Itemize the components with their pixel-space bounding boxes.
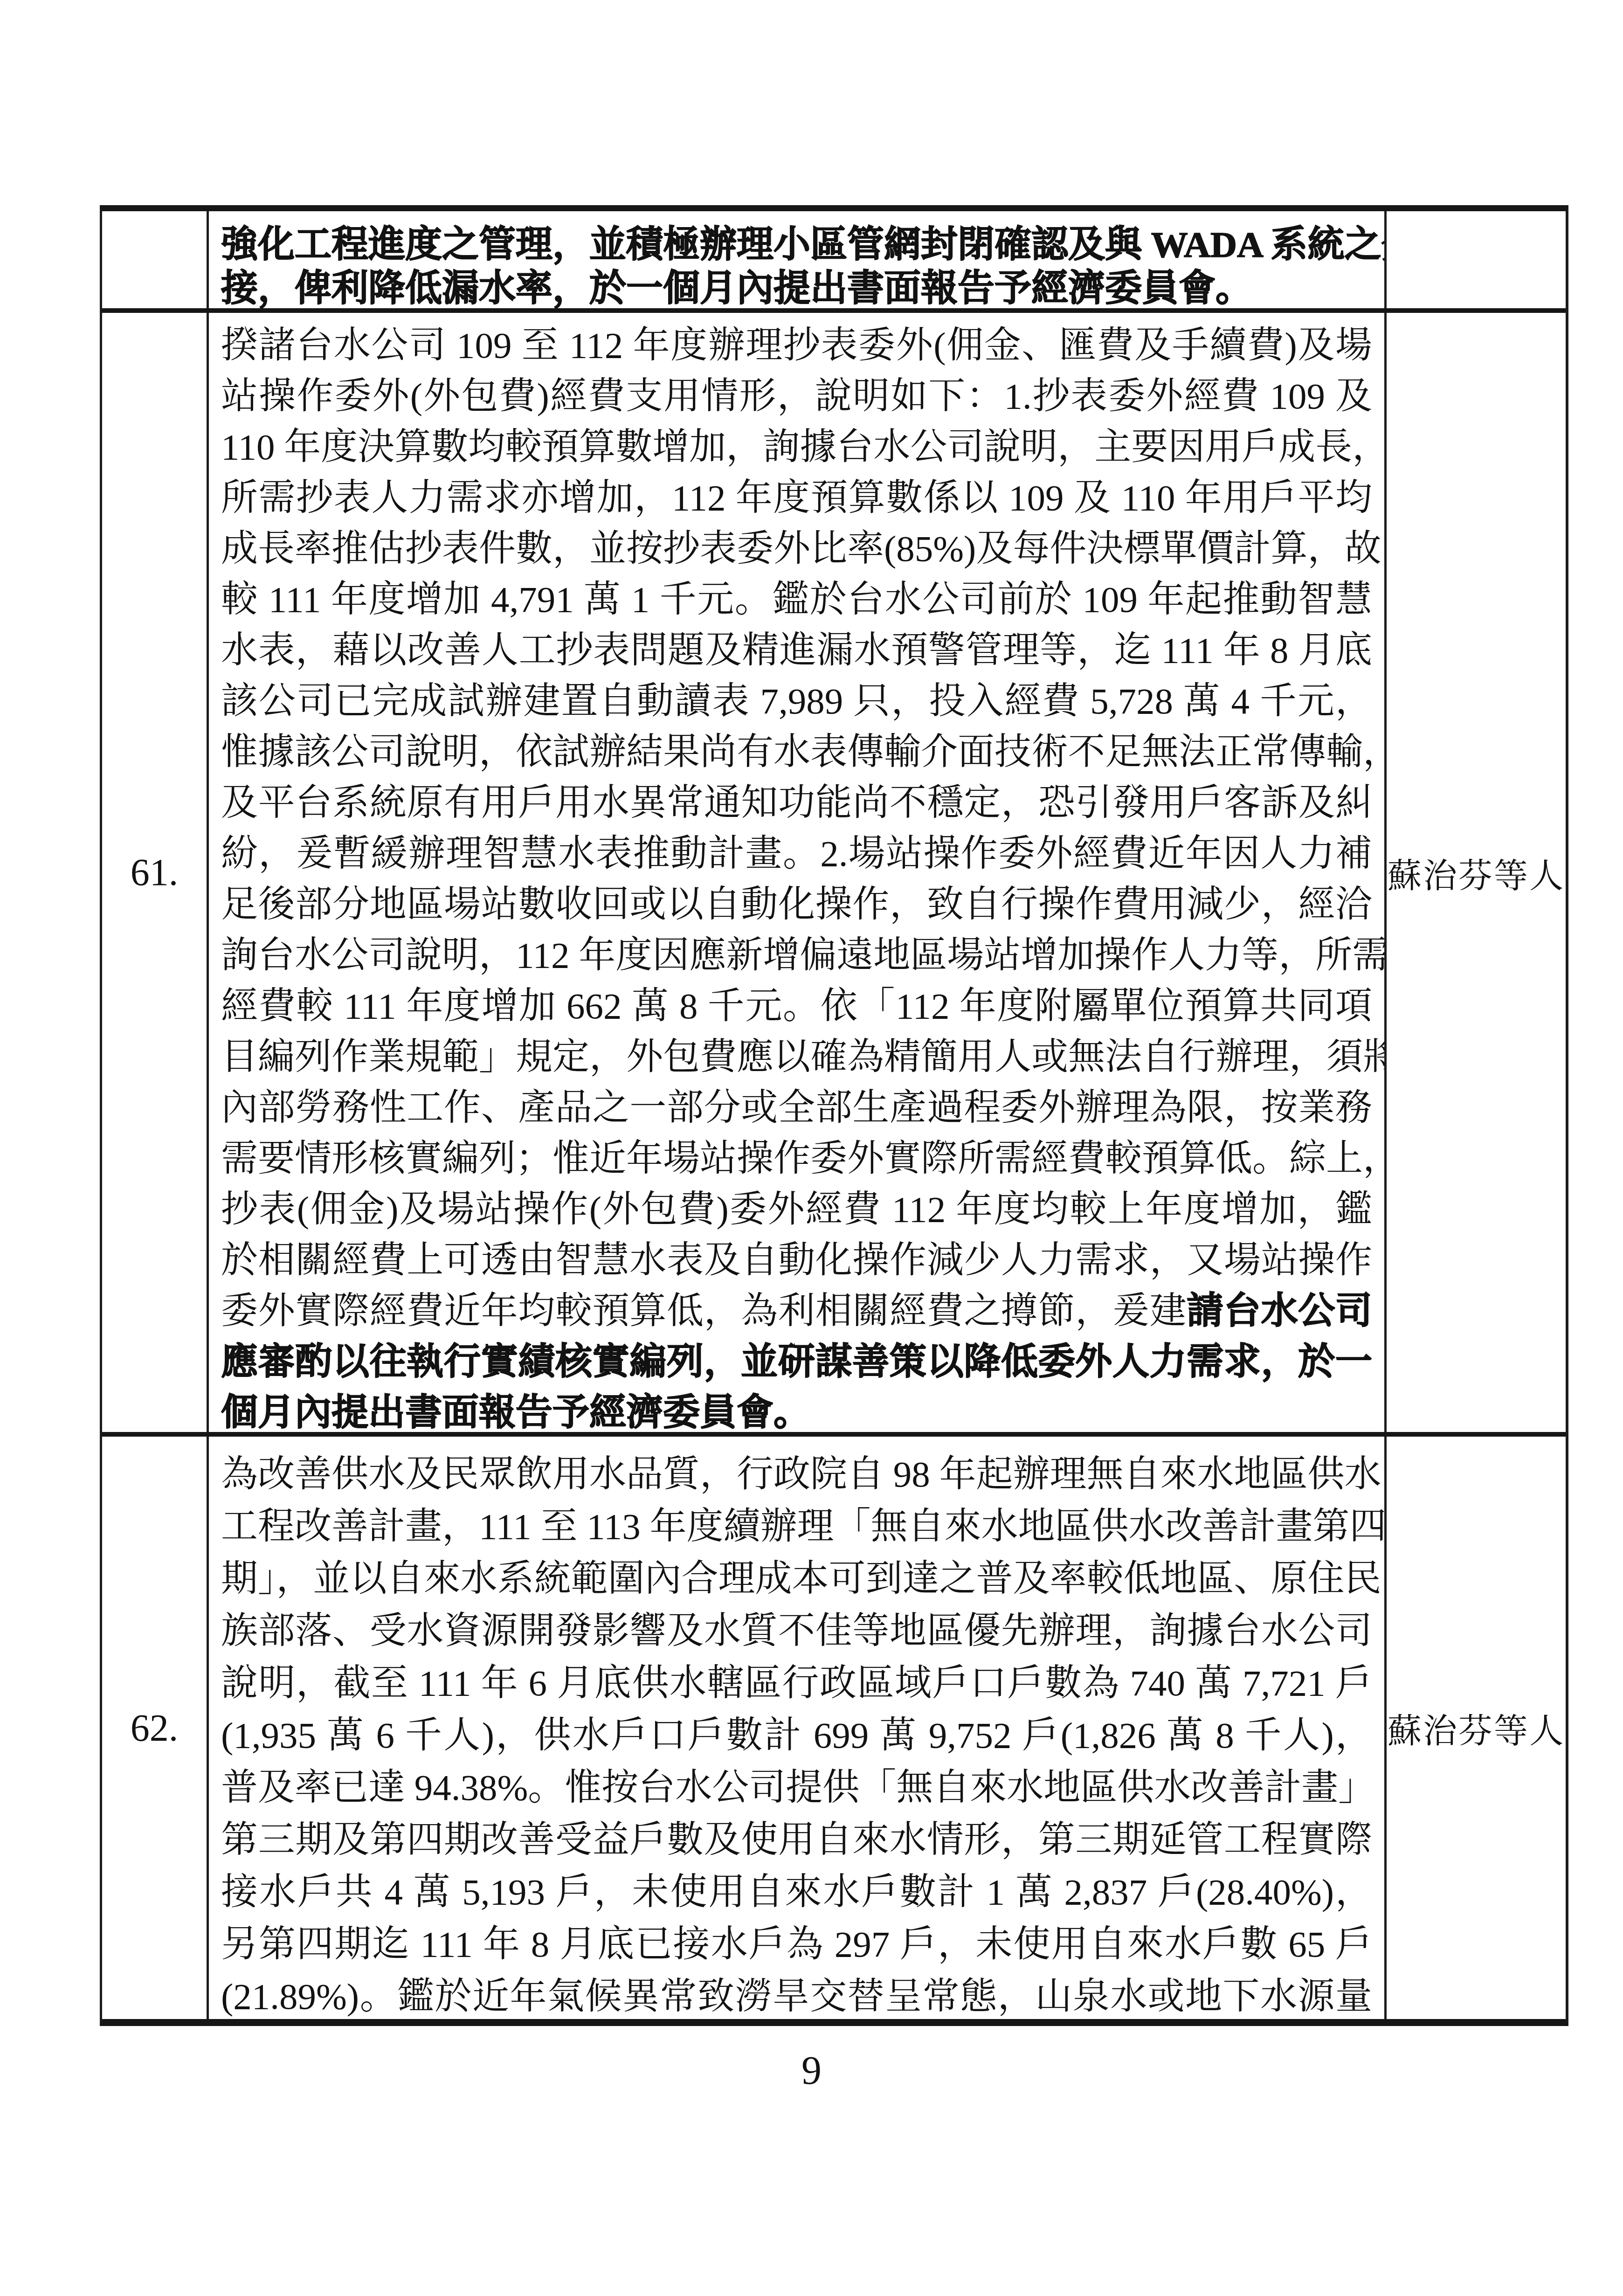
table-row: 61.揆諸台水公司 109 至 112 年度辦理抄表委外(佣金、匯費及手續費)及… — [102, 313, 1566, 1437]
text-line: 於相關經費上可透由智慧水表及自動化操作減少人力需求，又場站操作 — [221, 1235, 1372, 1286]
text-segment: 為改善供水及民眾飲用水品質，行政院自 98 年起辦理無自來水地區供水 — [221, 1454, 1381, 1495]
text-line: 及平台系統原有用戶用水異常通知功能尚不穩定，恐引發用戶客訴及糾 — [221, 778, 1372, 829]
row-number: 62. — [102, 1437, 209, 2019]
text-segment: 內部勞務性工作、產品之一部分或全部生產過程委外辦理為限，按業務 — [221, 1088, 1372, 1128]
text-segment: 所需抄表人力需求亦增加，112 年度預算數係以 109 及 110 年用戶平均 — [221, 478, 1372, 519]
text-line: 揆諸台水公司 109 至 112 年度辦理抄表委外(佣金、匯費及手續費)及場 — [221, 320, 1372, 371]
row-resolution-text: 為改善供水及民眾飲用水品質，行政院自 98 年起辦理無自來水地區供水工程改善計畫… — [209, 1437, 1387, 2019]
text-segment: 需要情形核實編列；惟近年場站操作委外實際所需經費較預算低。綜上， — [221, 1139, 1387, 1179]
row-proposer — [1387, 211, 1566, 308]
text-line: (21.89%)。鑑於近年氣候異常致澇旱交替呈常態，山泉水或地下水源量 — [221, 1971, 1372, 2019]
text-segment: 目編列作業規範」規定，外包費應以確為精簡用人或無法自行辦理，須將 — [221, 1037, 1387, 1078]
text-line: 110 年度決算數均較預算數增加，詢據台水公司說明，主要因用戶成長， — [221, 422, 1372, 473]
text-segment: 站操作委外(外包費)經費支用情形，說明如下：1.抄表委外經費 109 及 — [221, 376, 1372, 417]
text-line: 抄表(佣金)及場站操作(外包費)委外經費 112 年度均較上年度增加，鑑 — [221, 1184, 1372, 1235]
text-line: 成長率推估抄表件數，並按抄表委外比率(85%)及每件決標單價計算，故 — [221, 524, 1372, 574]
text-line: 委外實際經費近年均較預算低，為利相關經費之撙節，爰建請台水公司 — [221, 1286, 1372, 1337]
text-segment: 揆諸台水公司 109 至 112 年度辦理抄表委外(佣金、匯費及手續費)及場 — [221, 325, 1372, 366]
text-segment: 較 111 年度增加 4,791 萬 1 千元。鑑於台水公司前於 109 年起推… — [221, 580, 1372, 620]
text-line: 第三期及第四期改善受益戶數及使用自來水情形，第三期延管工程實際 — [221, 1814, 1372, 1867]
text-segment: (21.89%)。鑑於近年氣候異常致澇旱交替呈常態，山泉水或地下水源量 — [221, 1977, 1372, 2017]
text-segment: 紛，爰暫緩辦理智慧水表推動計畫。2.場站操作委外經費近年因人力補 — [221, 834, 1372, 874]
text-line: 需要情形核實編列；惟近年場站操作委外實際所需經費較預算低。綜上， — [221, 1134, 1372, 1184]
text-segment: 及平台系統原有用戶用水異常通知功能尚不穩定，恐引發用戶客訴及糾 — [221, 783, 1372, 823]
text-segment: 第三期及第四期改善受益戶數及使用自來水情形，第三期延管工程實際 — [221, 1820, 1372, 1860]
text-line: 接水戶共 4 萬 5,193 戶，未使用自來水戶數計 1 萬 2,837 戶(2… — [221, 1867, 1372, 1919]
text-segment: 說明，截至 111 年 6 月底供水轄區行政區域戶口戶數為 740 萬 7,72… — [221, 1663, 1372, 1704]
text-line: 足後部分地區場站數收回或以自動化操作，致自行操作費用減少，經洽 — [221, 879, 1372, 930]
text-segment: 惟據該公司說明，依試辦結果尚有水表傳輸介面技術不足無法正常傳輸， — [221, 732, 1387, 773]
bold-text-segment: 強化工程進度之管理，並積極辦理小區管網封閉確認及與 WADA 系統之介 — [221, 225, 1387, 265]
page-number: 9 — [0, 2047, 1623, 2094]
text-segment: 110 年度決算數均較預算數增加，詢據台水公司說明，主要因用戶成長， — [221, 427, 1387, 468]
row-number — [102, 211, 209, 308]
text-segment: 詢台水公司說明，112 年度因應新增偏遠地區場站增加操作人力等，所需 — [221, 935, 1387, 976]
text-segment: 接水戶共 4 萬 5,193 戶，未使用自來水戶數計 1 萬 2,837 戶(2… — [221, 1872, 1372, 1913]
row-resolution-text: 揆諸台水公司 109 至 112 年度辦理抄表委外(佣金、匯費及手續費)及場站操… — [209, 313, 1387, 1432]
row-proposer: 蘇治芬等人 — [1387, 1437, 1566, 2019]
text-line: 期」，並以自來水系統範圍內合理成本可到達之普及率較低地區、原住民 — [221, 1553, 1372, 1605]
text-line: 所需抄表人力需求亦增加，112 年度預算數係以 109 及 110 年用戶平均 — [221, 473, 1372, 524]
text-line: 另第四期迄 111 年 8 月底已接水戶為 297 戶，未使用自來水戶數 65 … — [221, 1919, 1372, 1971]
text-line: 目編列作業規範」規定，外包費應以確為精簡用人或無法自行辦理，須將 — [221, 1032, 1372, 1083]
text-line: 惟據該公司說明，依試辦結果尚有水表傳輸介面技術不足無法正常傳輸， — [221, 727, 1372, 778]
text-line: 經費較 111 年度增加 662 萬 8 千元。依「112 年度附屬單位預算共同… — [221, 981, 1372, 1032]
text-segment: 期」，並以自來水系統範圍內合理成本可到達之普及率較低地區、原住民 — [221, 1559, 1381, 1599]
text-segment: 工程改善計畫，111 至 113 年度續辦理「無自來水地區供水改善計畫第四 — [221, 1507, 1386, 1547]
text-line: 水表，藉以改善人工抄表問題及精進漏水預警管理等，迄 111 年 8 月底 — [221, 625, 1372, 676]
text-segment: 於相關經費上可透由智慧水表及自動化操作減少人力需求，又場站操作 — [221, 1240, 1372, 1281]
resolution-table: 強化工程進度之管理，並積極辦理小區管網封閉確認及與 WADA 系統之介接，俾利降… — [100, 205, 1568, 2026]
row-resolution-text: 強化工程進度之管理，並積極辦理小區管網封閉確認及與 WADA 系統之介接，俾利降… — [209, 211, 1387, 308]
text-line: 內部勞務性工作、產品之一部分或全部生產過程委外辦理為限，按業務 — [221, 1083, 1372, 1134]
text-line: 較 111 年度增加 4,791 萬 1 千元。鑑於台水公司前於 109 年起推… — [221, 574, 1372, 625]
text-segment: (1,935 萬 6 千人)，供水戶口戶數計 699 萬 9,752 戶(1,8… — [221, 1715, 1372, 1756]
text-line: 紛，爰暫緩辦理智慧水表推動計畫。2.場站操作委外經費近年因人力補 — [221, 829, 1372, 879]
text-segment: 該公司已完成試辦建置自動讀表 7,989 只，投入經費 5,728 萬 4 千元… — [221, 681, 1372, 722]
row-proposer: 蘇治芬等人 — [1387, 313, 1566, 1432]
text-segment: 成長率推估抄表件數，並按抄表委外比率(85%)及每件決標單價計算，故 — [221, 529, 1381, 569]
text-segment: 族部落、受水資源開發影響及水質不佳等地區優先辦理，詢據台水公司 — [221, 1611, 1372, 1652]
text-line: (1,935 萬 6 千人)，供水戶口戶數計 699 萬 9,752 戶(1,8… — [221, 1710, 1372, 1762]
text-line: 強化工程進度之管理，並積極辦理小區管網封閉確認及與 WADA 系統之介 — [221, 223, 1372, 267]
text-line: 為改善供水及民眾飲用水品質，行政院自 98 年起辦理無自來水地區供水 — [221, 1449, 1372, 1501]
text-line: 詢台水公司說明，112 年度因應新增偏遠地區場站增加操作人力等，所需 — [221, 930, 1372, 981]
text-line: 族部落、受水資源開發影響及水質不佳等地區優先辦理，詢據台水公司 — [221, 1605, 1372, 1658]
text-line: 應審酌以往執行實績核實編列，並研謀善策以降低委外人力需求，於一 — [221, 1337, 1372, 1388]
scanned-document-page: { "document": { "page_number": "9", "tab… — [0, 0, 1623, 2296]
text-segment: 普及率已達 94.38%。惟按台水公司提供「無自來水地區供水改善計畫」 — [221, 1768, 1375, 1808]
bold-text-segment: 請台水公司 — [1187, 1291, 1372, 1332]
table-row: 62.為改善供水及民眾飲用水品質，行政院自 98 年起辦理無自來水地區供水工程改… — [102, 1437, 1566, 2019]
text-segment: 委外實際經費近年均較預算低，為利相關經費之撙節，爰建 — [221, 1291, 1187, 1332]
bold-text-segment: 個月內提出書面報告予經濟委員會。 — [221, 1393, 810, 1432]
text-segment: 另第四期迄 111 年 8 月底已接水戶為 297 戶，未使用自來水戶數 65 … — [221, 1924, 1372, 1965]
text-line: 個月內提出書面報告予經濟委員會。 — [221, 1388, 1372, 1432]
text-segment: 經費較 111 年度增加 662 萬 8 千元。依「112 年度附屬單位預算共同… — [221, 986, 1372, 1027]
text-line: 站操作委外(外包費)經費支用情形，說明如下：1.抄表委外經費 109 及 — [221, 371, 1372, 422]
text-segment: 水表，藉以改善人工抄表問題及精進漏水預警管理等，迄 111 年 8 月底 — [221, 630, 1372, 671]
text-segment: 抄表(佣金)及場站操作(外包費)委外經費 112 年度均較上年度增加，鑑 — [221, 1189, 1372, 1230]
text-line: 工程改善計畫，111 至 113 年度續辦理「無自來水地區供水改善計畫第四 — [221, 1501, 1372, 1553]
text-line: 該公司已完成試辦建置自動讀表 7,989 只，投入經費 5,728 萬 4 千元… — [221, 676, 1372, 727]
bold-text-segment: 應審酌以往執行實績核實編列，並研謀善策以降低委外人力需求，於一 — [221, 1342, 1372, 1383]
text-line: 說明，截至 111 年 6 月底供水轄區行政區域戶口戶數為 740 萬 7,72… — [221, 1658, 1372, 1710]
row-number: 61. — [102, 313, 209, 1432]
text-line: 普及率已達 94.38%。惟按台水公司提供「無自來水地區供水改善計畫」 — [221, 1762, 1372, 1814]
text-segment: 足後部分地區場站數收回或以自動化操作，致自行操作費用減少，經洽 — [221, 885, 1372, 925]
table-row: 強化工程進度之管理，並積極辦理小區管網封閉確認及與 WADA 系統之介接，俾利降… — [102, 211, 1566, 313]
bold-text-segment: 接，俾利降低漏水率，於一個月內提出書面報告予經濟委員會。 — [221, 269, 1252, 308]
text-line: 接，俾利降低漏水率，於一個月內提出書面報告予經濟委員會。 — [221, 267, 1372, 308]
